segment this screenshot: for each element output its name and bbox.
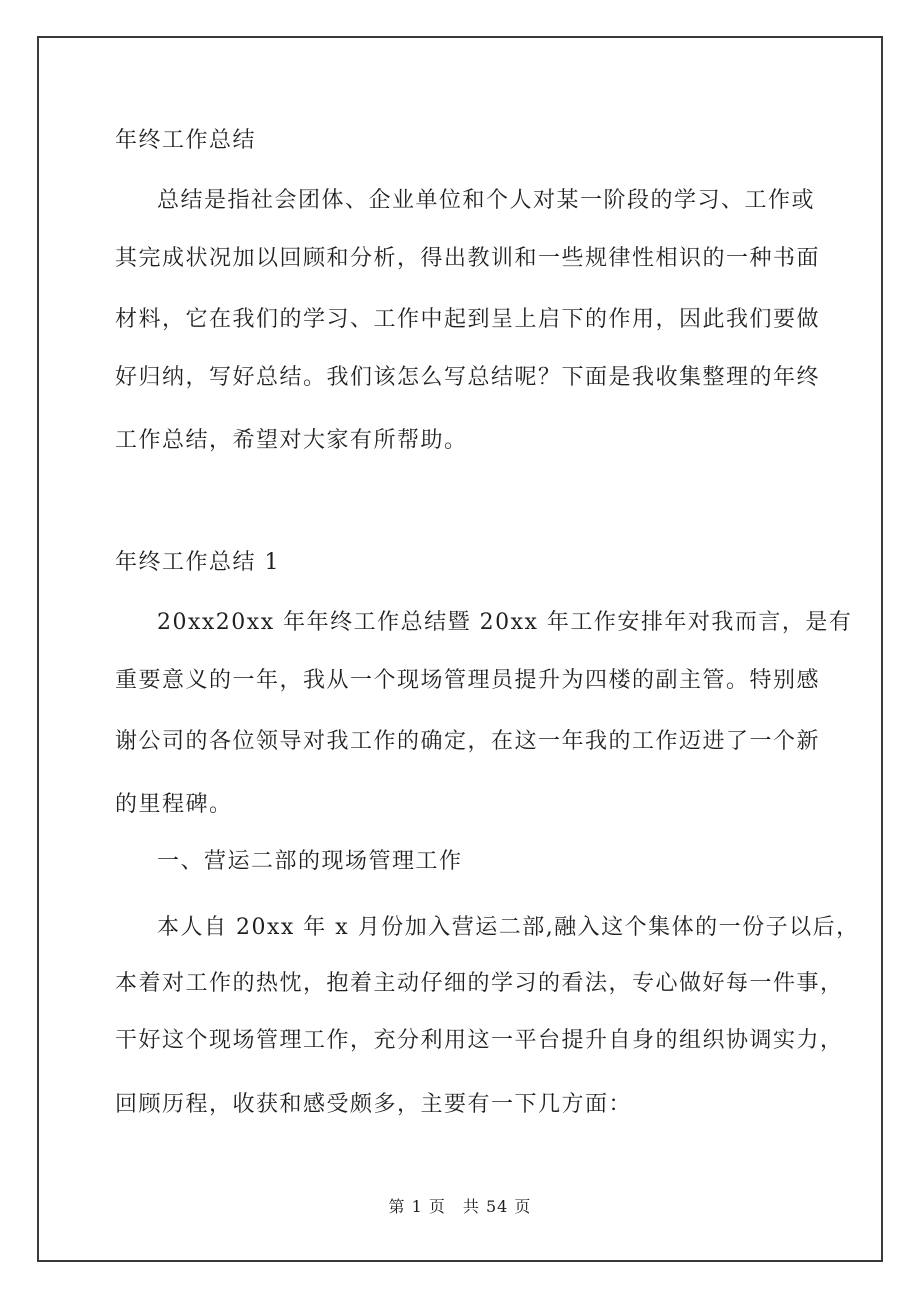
- section1-para2-line-1: 本人自 20xx 年 x 月份加入营运二部,融入这个集体的一份子以后，: [157, 916, 860, 940]
- section1-para1-line-2: 重要意义的一年，我从一个现场管理员提升为四楼的副主管。特别感: [115, 669, 820, 693]
- section1-para1-line-3: 谢公司的各位领导对我工作的确定，在这一年我的工作迈进了一个新: [115, 730, 820, 754]
- section1-para1-line-1: 20xx20xx 年年终工作总结暨 20xx 年工作安排年对我而言，是有: [157, 611, 852, 635]
- intro-line-3: 材料，它在我们的学习、工作中起到呈上启下的作用，因此我们要做: [115, 308, 820, 332]
- section1-para1-line-4: 的里程碑。: [115, 793, 233, 817]
- intro-line-4: 好归纳，写好总结。我们该怎么写总结呢？下面是我收集整理的年终: [115, 366, 820, 390]
- intro-line-2: 其完成状况加以回顾和分析，得出教训和一些规律性相识的一种书面: [115, 247, 820, 271]
- section1-heading: 年终工作总结 1: [115, 551, 280, 575]
- section1-para2-line-4: 回顾历程，收获和感受颇多，主要有一下几方面：: [115, 1093, 632, 1117]
- intro-line-5: 工作总结，希望对大家有所帮助。: [115, 429, 468, 453]
- document-page: 年终工作总结 总结是指社会团体、企业单位和个人对某一阶段的学习、工作或 其完成状…: [0, 0, 920, 1302]
- section1-para2-line-3: 干好这个现场管理工作，充分利用这一平台提升自身的组织协调实力，: [115, 1029, 844, 1053]
- section1-subheading: 一、营运二部的现场管理工作: [157, 850, 463, 874]
- page-border: [37, 36, 883, 1262]
- footer-page-indicator: 第 1 页 共 54 页: [0, 1198, 920, 1216]
- doc-title: 年终工作总结: [115, 129, 256, 153]
- section1-para2-line-2: 本着对工作的热忱，抱着主动仔细的学习的看法，专心做好每一件事，: [115, 972, 844, 996]
- intro-line-1: 总结是指社会团体、企业单位和个人对某一阶段的学习、工作或: [157, 189, 815, 213]
